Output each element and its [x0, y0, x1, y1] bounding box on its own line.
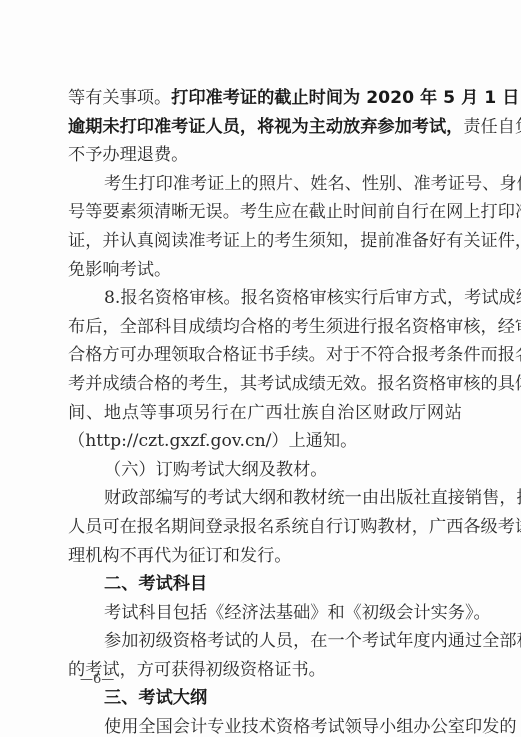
text-line: 的考试，方可获得初级资格证书。	[68, 656, 462, 685]
bold-text: 逾期未打印准考证人员，将视为主动放弃参加考试，	[68, 117, 463, 137]
bold-text: 三、考试大纲	[104, 688, 207, 708]
text-segment: 责任自负，	[463, 117, 521, 137]
text-line: 等有关事项。打印准考证的截止时间为 2020 年 5 月 1 日 24:00，	[68, 84, 462, 113]
text-segment: 间、地点等事项另行在广西壮族自治区财政厅网站	[68, 403, 462, 423]
text-segment: 参加初级资格考试的人员，在一个考试年度内通过全部科目	[104, 631, 521, 651]
text-segment: 考生打印准考证上的照片、姓名、性别、准考证号、身份证	[104, 174, 521, 194]
text-line: 考试科目包括《经济法基础》和《初级会计实务》。	[68, 599, 462, 628]
text-segment: 人员可在报名期间登录报名系统自行订购教材，广西各级考试管	[68, 517, 521, 537]
text-segment: 考并成绩合格的考生，其考试成绩无效。报名资格审核的具体时	[68, 374, 521, 394]
text-line: 合格方可办理领取合格证书手续。对于不符合报考条件而报名参	[68, 341, 462, 370]
text-segment: 号等要素须清晰无误。考生应在截止时间前自行在网上打印准考	[68, 202, 521, 222]
document-page: 等有关事项。打印准考证的截止时间为 2020 年 5 月 1 日 24:00，逾…	[0, 0, 521, 737]
text-segment: 理机构不再代为征订和发行。	[68, 546, 291, 566]
text-line: 人员可在报名期间登录报名系统自行订购教材，广西各级考试管	[68, 513, 462, 542]
text-segment: 免影响考试。	[68, 260, 171, 280]
text-segment: 不予办理退费。	[68, 145, 188, 165]
text-line: 考并成绩合格的考生，其考试成绩无效。报名资格审核的具体时	[68, 370, 462, 399]
text-line: 理机构不再代为征订和发行。	[68, 542, 462, 571]
text-line: 布后，全部科目成绩均合格的考生须进行报名资格审核，经审核	[68, 313, 462, 342]
text-segment: 等有关事项。	[68, 88, 171, 108]
text-line: （六）订购考试大纲及教材。	[68, 456, 462, 485]
text-line: 财政部编写的考试大纲和教材统一由出版社直接销售，报考	[68, 484, 462, 513]
text-line: （http://czt.gxzf.gov.cn/）上通知。	[68, 427, 462, 456]
section-heading: 三、考试大纲	[68, 684, 462, 713]
text-line: 8.报名资格审核。报名资格审核实行后审方式，考试成绩公	[68, 284, 462, 313]
section-heading: 二、考试科目	[68, 570, 462, 599]
text-segment: 8.报名资格审核。报名资格审核实行后审方式，考试成绩公	[104, 288, 521, 308]
text-line: 免影响考试。	[68, 256, 462, 285]
text-line: 考生打印准考证上的照片、姓名、性别、准考证号、身份证	[68, 170, 462, 199]
text-segment: 考试科目包括《经济法基础》和《初级会计实务》。	[104, 603, 491, 623]
text-line: 使用全国会计专业技术资格考试领导小组办公室印发的	[68, 713, 462, 737]
text-segment: 使用全国会计专业技术资格考试领导小组办公室印发的	[104, 717, 517, 737]
text-segment: （http://czt.gxzf.gov.cn/）上通知。	[68, 431, 357, 451]
text-line: 参加初级资格考试的人员，在一个考试年度内通过全部科目	[68, 627, 462, 656]
text-segment: 证，并认真阅读准考证上的考生须知，提前准备好有关证件，以	[68, 231, 521, 251]
bold-text: 打印准考证的截止时间为 2020 年 5 月 1 日 24:00，	[171, 88, 521, 108]
text-segment: （六）订购考试大纲及教材。	[104, 460, 327, 480]
text-line: 号等要素须清晰无误。考生应在截止时间前自行在网上打印准考	[68, 198, 462, 227]
bold-text: 二、考试科目	[104, 574, 207, 594]
text-segment: 财政部编写的考试大纲和教材统一由出版社直接销售，报考	[104, 488, 521, 508]
text-line: 间、地点等事项另行在广西壮族自治区财政厅网站	[68, 399, 462, 428]
text-segment: 布后，全部科目成绩均合格的考生须进行报名资格审核，经审核	[68, 317, 521, 337]
text-line: 不予办理退费。	[68, 141, 462, 170]
document-body: 等有关事项。打印准考证的截止时间为 2020 年 5 月 1 日 24:00，逾…	[68, 84, 462, 737]
text-line: 证，并认真阅读准考证上的考生须知，提前准备好有关证件，以	[68, 227, 462, 256]
text-line: 逾期未打印准考证人员，将视为主动放弃参加考试，责任自负，	[68, 113, 462, 142]
text-segment: 合格方可办理领取合格证书手续。对于不符合报考条件而报名参	[68, 345, 521, 365]
page-number: —6—	[80, 672, 114, 687]
